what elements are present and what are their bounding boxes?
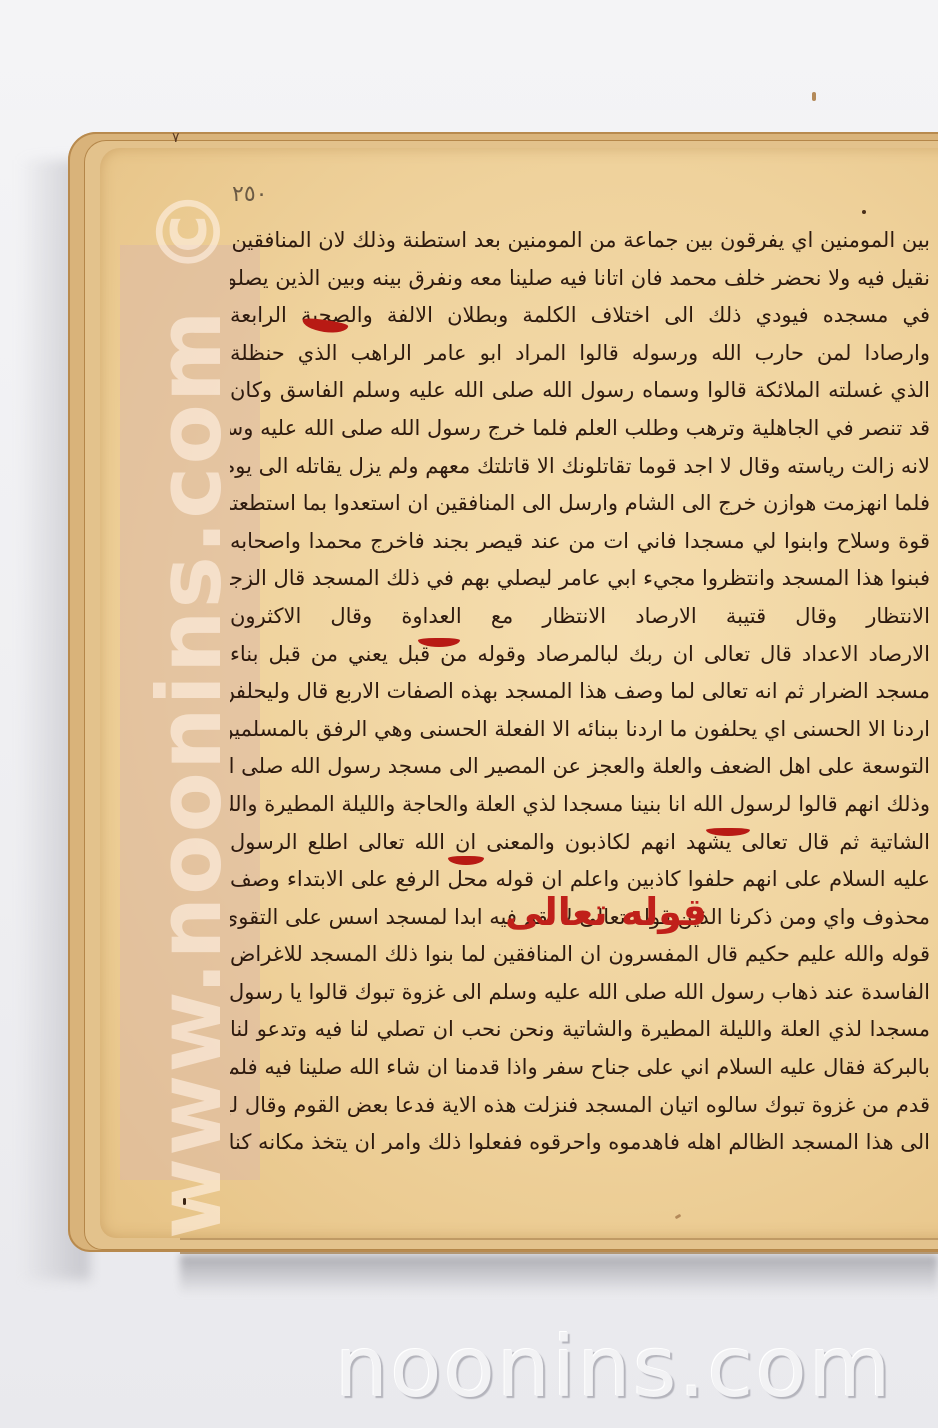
text-line: لانه زالت رياسته وقال لا اجد قوما تقاتلو…	[230, 448, 930, 486]
text-line: نقيل فيه ولا نحضر خلف محمد فان اتانا فيه…	[230, 260, 930, 298]
text-line: الى هذا المسجد الظالم اهله فاهدموه واحرق…	[230, 1124, 930, 1162]
text-line: فبنوا هذا المسجد وانتظروا مجيء ابي عامر …	[230, 560, 930, 598]
text-line: الفاسدة عند ذهاب رسول الله صلى الله عليه…	[230, 974, 930, 1012]
text-line: التوسعة على اهل الضعف والعلة والعجز عن ا…	[230, 748, 930, 786]
text-line: قدم من غزوة تبوك سالوه اتيان المسجد فنزل…	[230, 1087, 930, 1125]
text-line: قوة وسلاح وابنوا لي مسجدا فاني ات من عند…	[230, 523, 930, 561]
text-line: بالبركة فقال عليه السلام اني على جناح سف…	[230, 1049, 930, 1087]
paper-speck	[812, 92, 816, 101]
text-line: الارصاد الاعداد قال تعالى ان ربك لبالمرص…	[230, 636, 930, 674]
vertical-watermark-text: www.noonins.com ©	[139, 186, 242, 1239]
text-line: مسجد الضرار ثم انه تعالى لما وصف هذا الم…	[230, 673, 930, 711]
text-line: الشاتية ثم قال تعالى يشهد انهم لكاذبون و…	[230, 824, 930, 862]
paper-speck	[862, 210, 866, 214]
corner-mark: ٧	[172, 130, 180, 146]
text-line: الذي غسلته الملائكة قالوا وسماه رسول الل…	[230, 372, 930, 410]
text-line: بين المومنين اي يفرقون بين جماعة من المو…	[230, 222, 930, 260]
book-shadow-bottom	[180, 1255, 938, 1295]
text-line: وارصادا لمن حارب الله ورسوله قالوا المرا…	[230, 335, 930, 373]
paper-speck	[183, 1198, 186, 1205]
text-line: الانتظار وقال قتيبة الارصاد الانتظار مع …	[230, 598, 930, 636]
bottom-watermark: noonins.com	[335, 1318, 893, 1416]
text-line: قوله والله عليم حكيم قال المفسرون ان الم…	[230, 936, 930, 974]
text-line: اردنا الا الحسنى اي يحلفون ما اردنا ببنا…	[230, 711, 930, 749]
page-edge-lines	[180, 1238, 938, 1254]
rubric-heading: قوله تعالى	[505, 890, 707, 934]
text-line: قد تنصر في الجاهلية وترهب وطلب العلم فلم…	[230, 410, 930, 448]
manuscript-text-block: بين المومنين اي يفرقون بين جماعة من المو…	[230, 222, 930, 1162]
text-line: وذلك انهم قالوا لرسول الله انا بنينا مسج…	[230, 786, 930, 824]
text-line: مسجدا لذي العلة والليلة المطيرة والشاتية…	[230, 1011, 930, 1049]
page-number: ٢٥٠	[232, 182, 267, 207]
text-line: فلما انهزمت هوازن خرج الى الشام وارسل ال…	[230, 485, 930, 523]
